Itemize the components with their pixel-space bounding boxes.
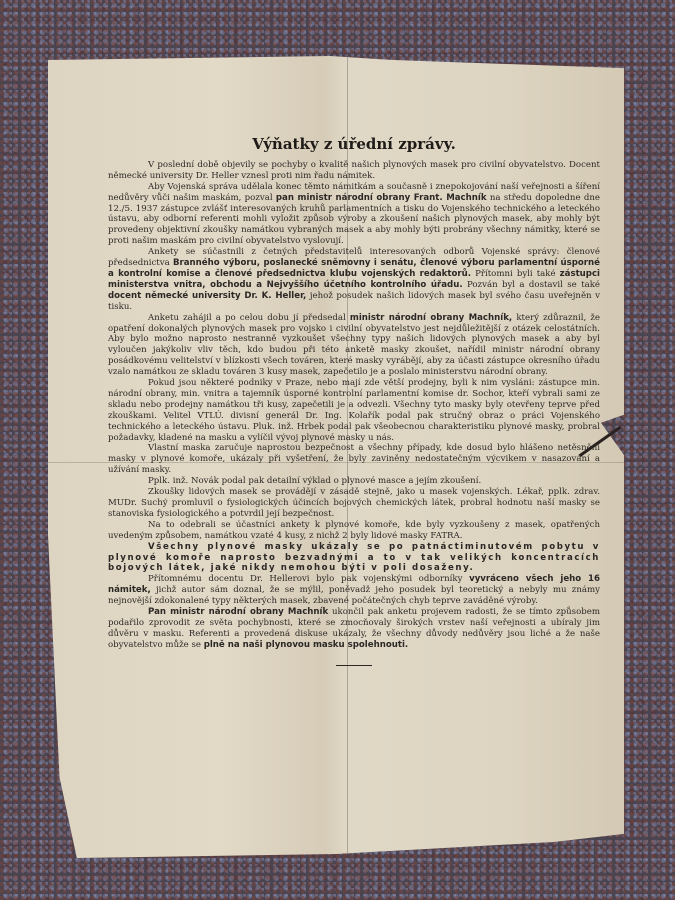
- bold-text: pan ministr národní obrany Frant. Machní…: [276, 193, 487, 203]
- paragraph: Pplk. inž. Novák podal pak detailní výkl…: [108, 476, 600, 487]
- paragraph: Přítomnému docentu Dr. Hellerovi bylo pa…: [108, 574, 600, 607]
- document-body: V poslední době objevily se pochyby o kv…: [108, 160, 600, 651]
- paragraph: Všechny plynové masky ukázaly se po patn…: [108, 542, 600, 575]
- text-run: Zkoušky lidových masek se provádějí v zá…: [108, 487, 600, 519]
- text-run: Pplk. inž. Novák podal pak detailní výkl…: [148, 476, 481, 486]
- bold-text: Všechny plynové masky ukázaly se po patn…: [108, 542, 600, 574]
- text-run: V poslední době objevily se pochyby o kv…: [108, 160, 600, 181]
- paragraph: Na to odebrali se účastníci ankety k ply…: [108, 520, 600, 542]
- document-title: Výňatky z úřední zprávy.: [108, 139, 600, 150]
- bold-text: Pan ministr národní obrany Machník: [148, 607, 328, 617]
- paragraph: Vlastní maska zaručuje naprostou bezpečn…: [108, 443, 600, 476]
- paragraph: V poslední době objevily se pochyby o kv…: [108, 160, 600, 182]
- paragraph: Pan ministr národní obrany Machník ukonč…: [108, 607, 600, 651]
- bold-text: ministr národní obrany Machník,: [350, 313, 512, 323]
- text-run: Přítomni byli také: [471, 269, 560, 279]
- text-run: Pozván byl a dostavil se také: [463, 280, 600, 290]
- text-run: Přítomnému docentu Dr. Hellerovi bylo pa…: [148, 574, 469, 584]
- paragraph: Anketu zahájil a po celou dobu jí předse…: [108, 313, 600, 378]
- text-run: Anketu zahájil a po celou dobu jí předse…: [148, 313, 350, 323]
- text-run: Na to odebrali se účastníci ankety k ply…: [108, 520, 600, 541]
- paragraph: Zkoušky lidových masek se provádějí v zá…: [108, 487, 600, 520]
- document-content: Výňatky z úřední zprávy. V poslední době…: [108, 135, 600, 666]
- bold-text: plně na naši plynovou masku spolehnouti.: [204, 640, 408, 650]
- end-rule: [336, 665, 372, 667]
- text-run: Vlastní maska zaručuje naprostou bezpečn…: [108, 443, 600, 475]
- bold-text: docent německé university Dr. K. Heller,: [108, 291, 306, 301]
- text-run: jichž autor sám doznal, že se mýlil, pon…: [108, 585, 600, 606]
- paragraph: Ankety se súčastnili z četných představi…: [108, 247, 600, 312]
- paragraph: Pokud jsou některé podniky v Praze, nebo…: [108, 378, 600, 443]
- paragraph: Aby Vojenská správa udělala konec těmto …: [108, 182, 600, 247]
- text-run: Pokud jsou některé podniky v Praze, nebo…: [108, 378, 600, 443]
